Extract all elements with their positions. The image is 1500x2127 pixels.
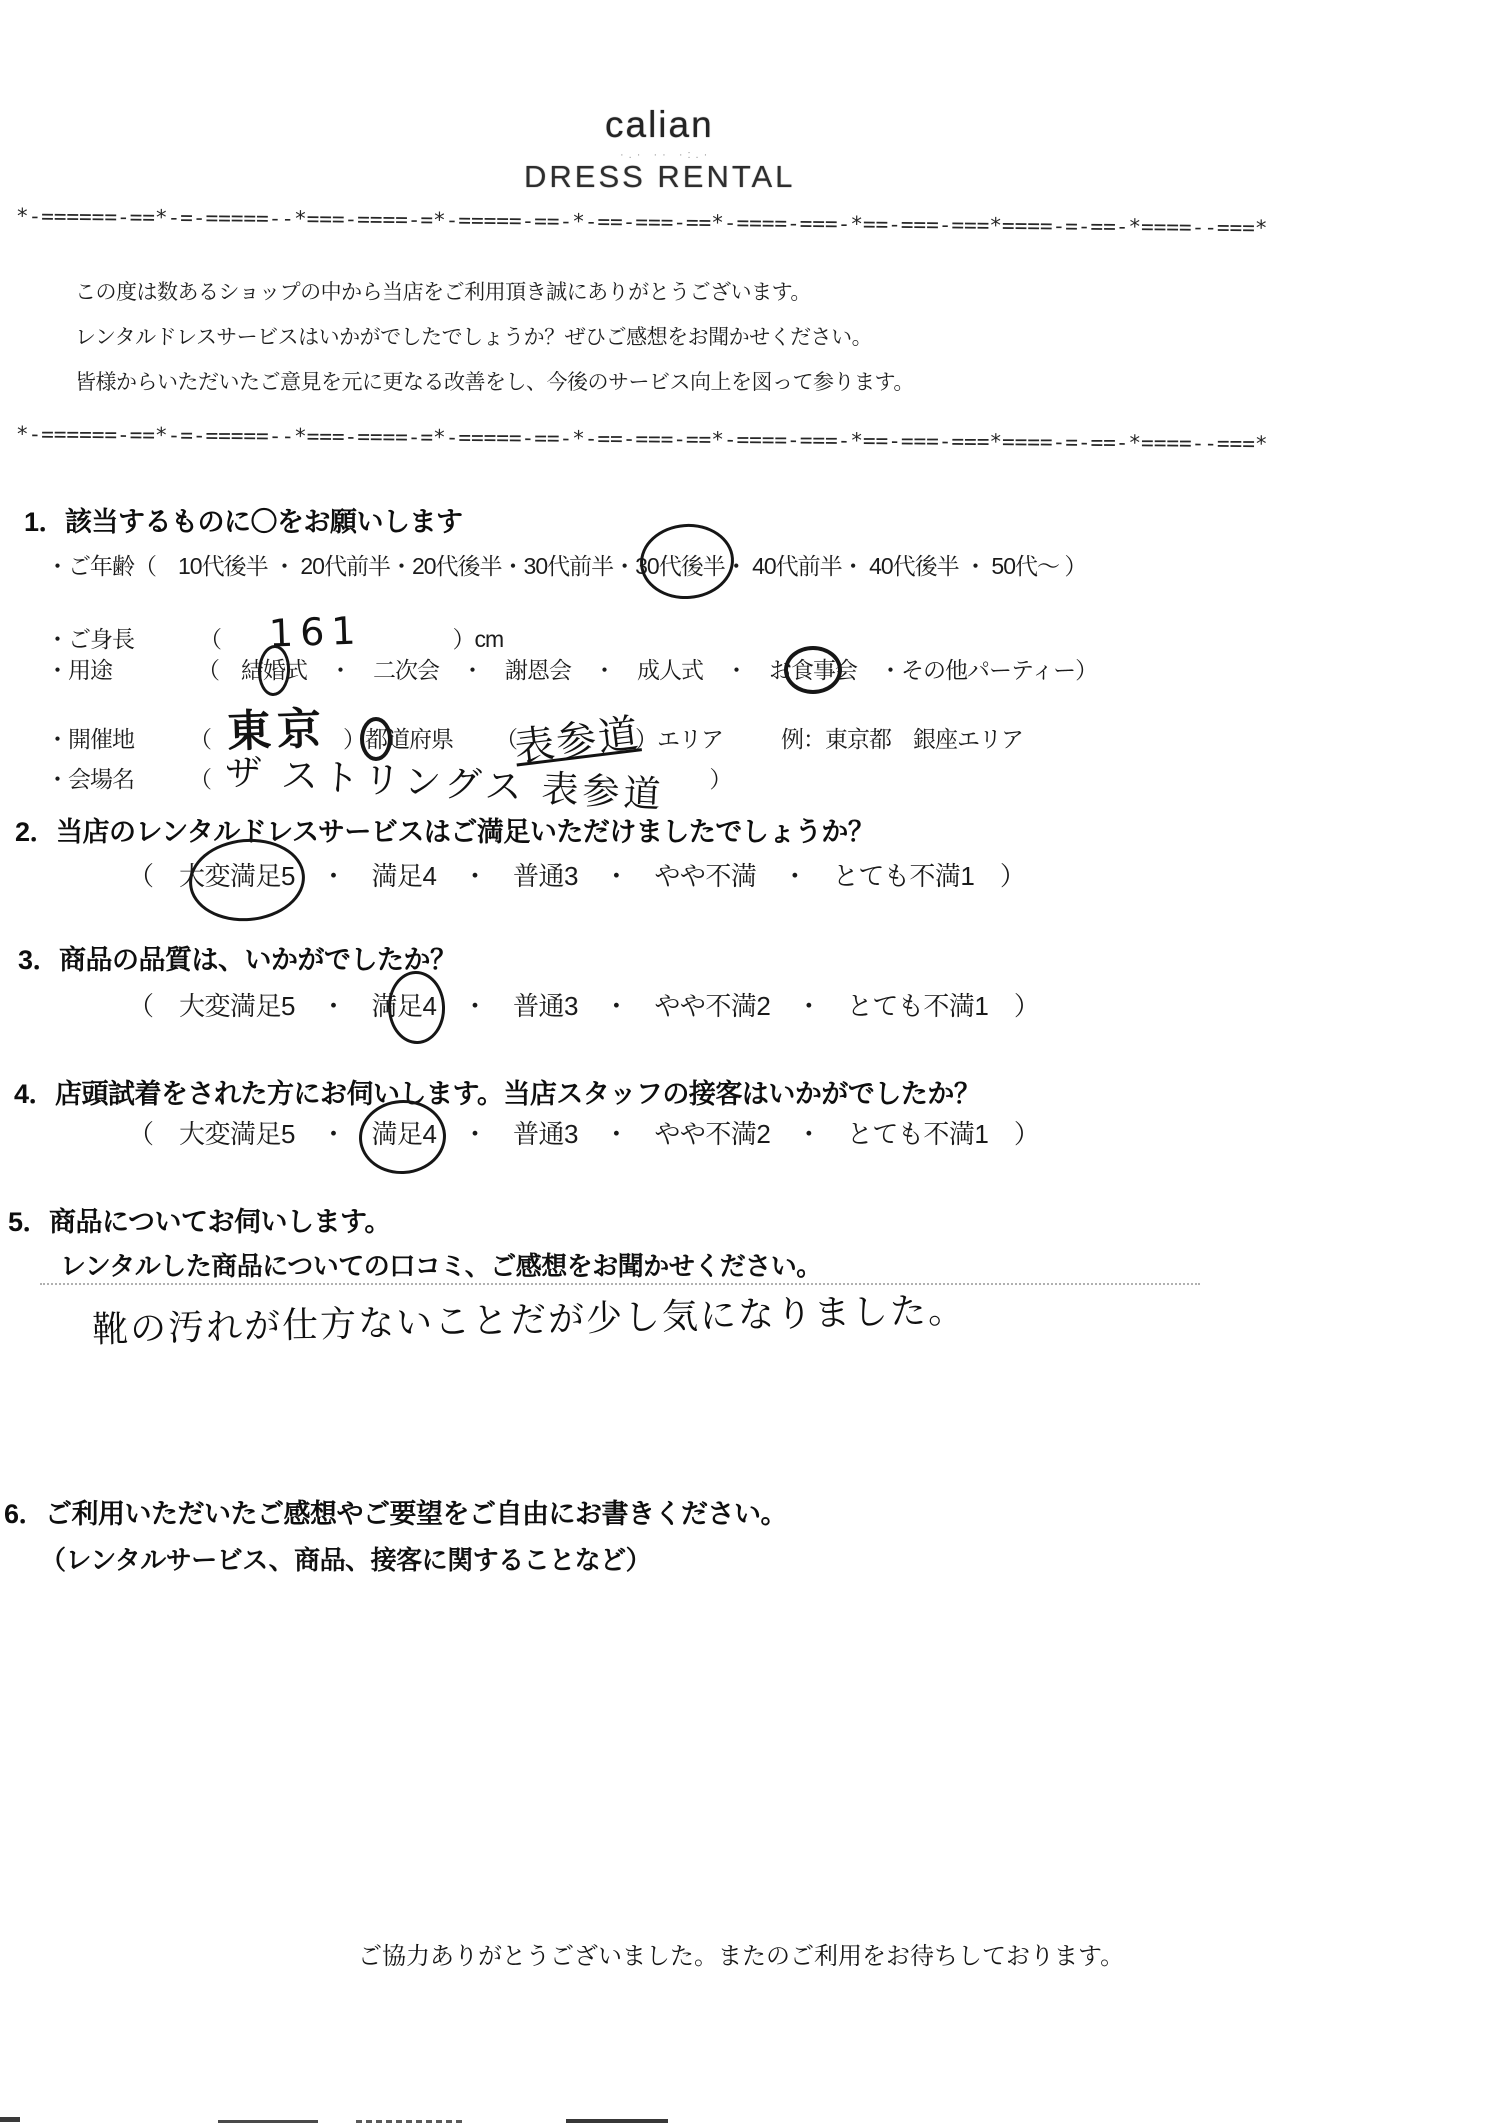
q3-options-row: （ 大変満足5 ・ 満足4 ・ 普通3 ・ やや不満2 ・ とても不満1 ） xyxy=(128,986,1039,1023)
q4-circled-choice: 満足4 xyxy=(371,1114,436,1151)
q1-age-row: ・ご年齢（ 10代後半 ・ 20代前半・20代後半・30代前半・30代後半・ 4… xyxy=(46,548,1086,581)
q3-options-pre: （ 大変満足5 ・ 満 xyxy=(128,991,397,1021)
q1-place-example: 例：東京都 銀座エリア xyxy=(781,726,1023,752)
q1-venue-open-paren: （ xyxy=(189,766,211,792)
q5-handwritten-comment: 靴の汚れが仕方ないことだが少し気になりました。 xyxy=(92,1282,967,1353)
separator-top: *-======-==*-=-=====--*===-====-=*-=====… xyxy=(16,204,1268,240)
footer-thanks-note: ご協力ありがとうございました。またのご利用をお待ちしております。 xyxy=(358,1936,1124,1971)
q1-purpose-row: ・用途（ 結婚式 ・ 二次会 ・ 謝恩会 ・ 成人式 ・ お食事会 ・その他パー… xyxy=(46,652,1097,685)
q1-height-row: ・ご身長（161）cm xyxy=(46,612,503,656)
q1-venue-close-paren: ） xyxy=(709,766,731,792)
q1-venue-row: ・会場名（ザ ストリングス 表参道） xyxy=(46,744,731,798)
q4-options-pre: （ 大変満足5 ・ xyxy=(128,1119,371,1149)
q5-comment-area: 靴の汚れが仕方ないことだが少し気になりました。 xyxy=(92,1292,966,1343)
logo-title: calian xyxy=(605,104,714,146)
scan-artifact xyxy=(356,2120,464,2123)
separator-middle: *-======-==*-=-=====--*===-====-=*-=====… xyxy=(16,422,1268,456)
q3-title: 3．商品の品質は、いかがでしたか？ xyxy=(18,938,457,977)
q1-age-options-post: ・ 40代前半・ 40代後半 ・ 50代～ ） xyxy=(725,553,1087,579)
q1-purpose-circled-wedding: 婚 xyxy=(263,652,285,685)
q1-purpose-options-post: 会 ・その他パーティー） xyxy=(835,657,1097,683)
q1-purpose-options-mid: 式 ・ 二次会 ・ 謝恩会 ・ 成人式 ・ お xyxy=(285,657,791,683)
scan-artifact xyxy=(566,2119,668,2123)
q1-purpose-options-pre: （ 結 xyxy=(197,657,263,683)
q1-purpose-circled-dinner: 食事 xyxy=(791,652,835,685)
q4-title: 4．店頭試着をされた方にお伺いします。当店スタッフの接客はいかがでしたか？ xyxy=(14,1072,980,1111)
q4-options-post: ・ 普通3 ・ やや不満2 ・ とても不満1 ） xyxy=(436,1119,1039,1149)
q1-venue-label: ・会場名 xyxy=(46,761,134,794)
intro-line-3: 皆様からいただいたご意見を元に更なる改善をし、今後のサービス向上を図って参ります… xyxy=(75,360,914,405)
q2-title: 2．当店のレンタルドレスサービスはご満足いただけましたでしょうか？ xyxy=(15,810,874,849)
q4-options-row: （ 大変満足5 ・ 満足4 ・ 普通3 ・ やや不満2 ・ とても不満1 ） xyxy=(128,1114,1039,1151)
q5-dotted-guide-line xyxy=(40,1283,1200,1285)
q2-circled-choice: 変満足5 xyxy=(205,856,295,893)
logo-subtitle: DRESS RENTAL xyxy=(524,159,795,195)
q2-options-post: ・ 満足4 ・ 普通3 ・ やや不満 ・ とても不満1 ） xyxy=(295,861,1025,891)
q1-age-circled-choice: 0代後半 xyxy=(647,548,725,581)
q1-height-close-paren: ）cm xyxy=(453,626,504,652)
q1-height-handwritten-value: 161 xyxy=(268,608,363,655)
q1-venue-handwritten-name: ザ ストリングス 表参道 xyxy=(223,741,666,818)
q2-options-pre: （ 大 xyxy=(128,861,205,891)
q1-age-label: ・ご年齢 xyxy=(46,548,134,581)
q2-options-row: （ 大変満足5 ・ 満足4 ・ 普通3 ・ やや不満 ・ とても不満1 ） xyxy=(128,856,1025,893)
q1-height-open-paren: （ xyxy=(199,626,221,652)
q1-purpose-label: ・用途 xyxy=(46,652,112,685)
intro-line-2: レンタルドレスサービスはいかがでしたでしょうか？ぜひご感想をお聞かせください。 xyxy=(75,315,914,360)
scan-artifact xyxy=(218,2120,318,2123)
q1-title: 1．該当するものに〇をお願いします xyxy=(24,500,463,539)
q5-subtitle: レンタルした商品についての口コミ、ご感想をお聞かせください。 xyxy=(60,1246,822,1283)
q1-height-label: ・ご身長 xyxy=(46,621,134,654)
q1-age-options-pre: （ 10代後半 ・ 20代前半・20代後半・30代前半・3 xyxy=(134,553,647,579)
intro-line-1: この度は数あるショップの中から当店をご利用頂き誠にありがとうございます。 xyxy=(75,270,914,315)
q6-title: 6．ご利用いただいたご感想やご要望をご自由にお書きください。 xyxy=(4,1492,787,1531)
q3-options-post: ・ 普通3 ・ やや不満2 ・ とても不満1 ） xyxy=(436,991,1039,1021)
q5-title: 5．商品についてお伺いします。 xyxy=(8,1200,391,1239)
q6-subtitle: （レンタルサービス、商品、接客に関することなど） xyxy=(40,1540,651,1577)
scanned-survey-page: calian ·.· ·· ·:.· DRESS RENTAL *-======… xyxy=(0,0,1500,2127)
scan-artifact xyxy=(0,2117,20,2122)
q3-circled-choice: 足4 xyxy=(397,986,436,1023)
intro-paragraph: この度は数あるショップの中から当店をご利用頂き誠にありがとうございます。 レンタ… xyxy=(75,270,914,405)
